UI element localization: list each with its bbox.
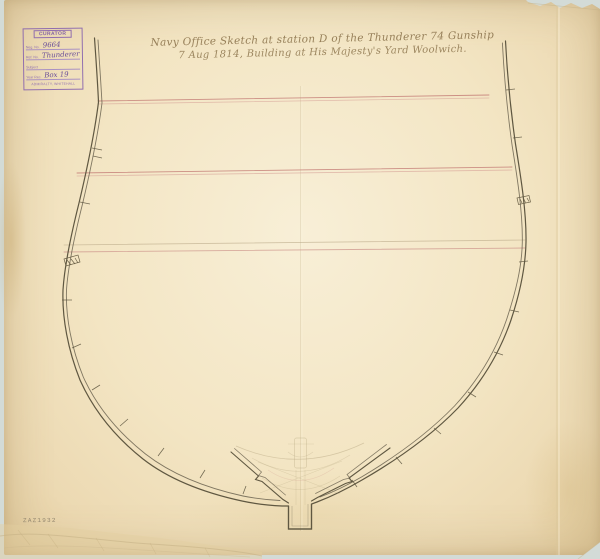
keel [289, 504, 312, 529]
stamp-row-value: Thunderer [42, 51, 80, 60]
reference-number: ZAZ1932 [23, 517, 57, 524]
paper-wrinkles [0, 524, 262, 559]
stamp-header: CURATOR [34, 30, 72, 39]
stamp-row-label: Neg. No. [26, 45, 40, 49]
stamp-row-label: Ref. No. [26, 55, 39, 59]
stamp-row-label: Year Rec. [26, 75, 41, 79]
stamp-footer: ADMIRALTY, WHITEHALL [26, 82, 80, 88]
stamp-row-value: Box 19 [44, 71, 69, 79]
stamp-row-value: 9664 [42, 42, 60, 50]
stamp-row: Year Rec. Box 19 [26, 70, 80, 81]
hull-section-drawing [0, 0, 600, 559]
pencil-construction [236, 438, 364, 505]
paper-crease [557, 6, 559, 555]
frame-joint-ticks [62, 89, 528, 494]
torn-edges [526, 0, 600, 559]
deck-lines [64, 95, 525, 252]
curator-stamp: CURATOR Neg. No. 9664 Ref. No. Thunderer… [23, 28, 84, 91]
scanned-ship-plan: CURATOR Neg. No. 9664 Ref. No. Thunderer… [0, 0, 600, 559]
centre-fold-line [301, 86, 303, 531]
stamp-row-label: Subject [26, 65, 38, 69]
